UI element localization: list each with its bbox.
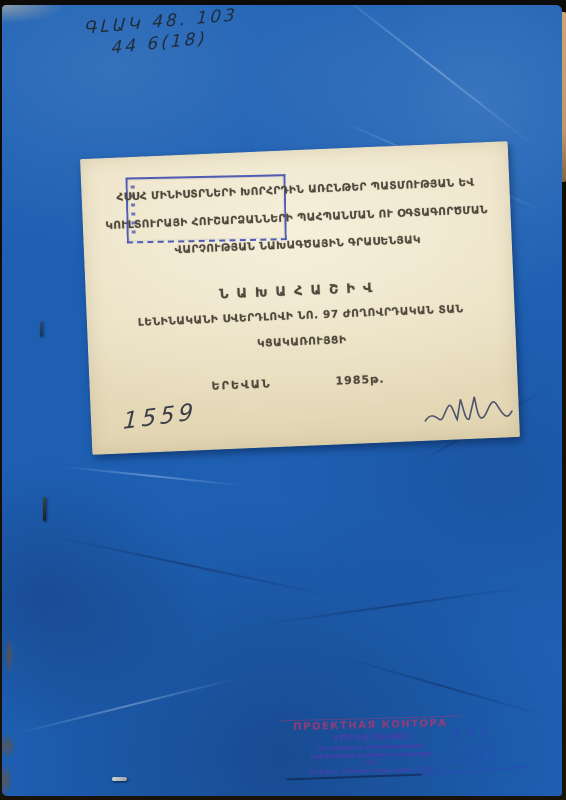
pasted-paper-label: ՀՍՍՀ ՄԻՆԻՍՏՐՆԵՐԻ ԽՈՐՀՐԴԻՆ ԱՌԸՆԹԵՐ ՊԱՏՄՈՒ… — [80, 141, 520, 455]
document-subtitle-line2: ԿՑԱԿԱՌՈՒՅՑԻ — [88, 327, 516, 357]
staple — [43, 497, 46, 521]
year-label: 1985թ. — [335, 373, 385, 388]
scanned-page: ԳԼԱԿ 48. 103 44 6(18) ՀՍՍՀ ՄԻՆԻՍՏՐՆԵՐԻ Խ… — [0, 0, 566, 800]
worn-edge-spot — [4, 635, 14, 675]
city-label: ԵՐԵՎԱՆ — [211, 377, 272, 393]
worn-top-left-corner — [2, 5, 92, 31]
signature-scribble — [420, 393, 513, 429]
handwritten-inventory-number: 1559 — [123, 399, 198, 435]
staple — [112, 777, 127, 781]
office-stamp: ПРОЕКТНАЯ КОНТОРА УПРАВЛЕНИЯ по охране и… — [279, 716, 462, 778]
document-subtitle-line1: ԼԵՆԻՆԱԿԱՆԻ ՍՎԵՐԴԼՈՎԻ ՆՈ. 97 ԺՈՂՈՎՐԴԱԿԱՆ … — [87, 301, 515, 331]
staple — [40, 321, 43, 337]
